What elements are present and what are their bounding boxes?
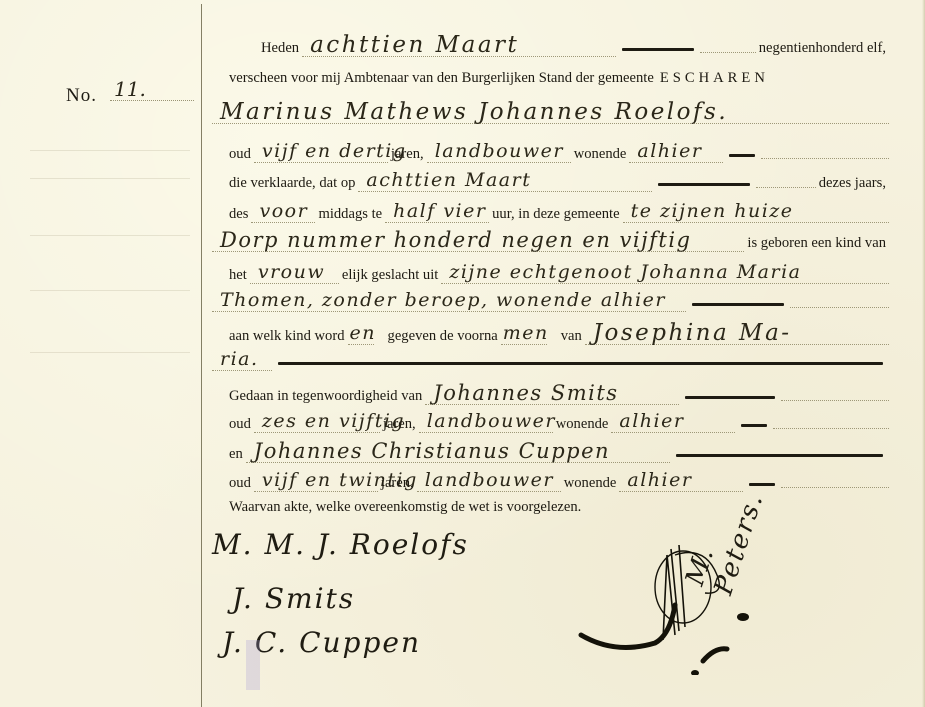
filler-dash <box>741 424 767 427</box>
printed-text: Gedaan in tegenwoordigheid van <box>226 387 425 405</box>
line-witness1-age: oud zes en vijftig jaren, landbouwer won… <box>226 410 889 433</box>
faint-show-through-line <box>30 290 190 291</box>
handwritten-age: vijf en dertig <box>254 140 388 163</box>
printed-text: des <box>226 205 251 223</box>
printed-text: middags te <box>315 205 385 223</box>
printed-text: jaren, <box>378 474 417 492</box>
handwritten-suffix: men <box>501 322 547 345</box>
printed-text: uur, in deze gemeente <box>489 205 622 223</box>
line-declarant-age: oud vijf en dertig jaren, landbouwer won… <box>226 140 889 163</box>
printed-text: oud <box>226 145 254 163</box>
filler-dash <box>278 362 883 365</box>
printed-text: oud <box>226 474 254 492</box>
handwritten-address: Dorp nummer honderd negen en vijftig <box>212 229 744 252</box>
handwritten-witness1-age: zes en vijftig <box>254 410 380 433</box>
line-child-name: aan welk kind word en gegeven de voorna … <box>226 322 889 345</box>
printed-text: is geboren een kind van <box>744 234 889 252</box>
printed-text: van <box>547 327 585 345</box>
printed-text: wonende <box>571 145 630 163</box>
filler-dash <box>692 303 784 306</box>
faint-show-through-line <box>30 150 190 151</box>
line-closing: Waarvan akte, welke overeenkomstig de we… <box>226 498 889 516</box>
filler-dash <box>685 396 775 399</box>
dotted-rule <box>781 486 889 488</box>
handwritten-witness1-name: Johannes Smits <box>425 382 679 405</box>
printed-text: aan welk kind word <box>226 327 348 345</box>
printed-text: die verklaarde, dat op <box>226 174 358 192</box>
printed-text: het <box>226 266 250 284</box>
handwritten-child-name-cont: ria. <box>212 348 272 371</box>
line-declarant-name: Marinus Mathews Johannes Roelofs. <box>212 101 889 124</box>
signature-declarant: M. M. J. Roelofs <box>212 528 469 561</box>
printed-text: oud <box>226 415 254 433</box>
handwritten-suffix: en <box>348 322 374 345</box>
handwritten-date: achttien Maart <box>302 34 616 57</box>
faint-show-through-line <box>30 352 190 353</box>
line-birth-date: die verklaarde, dat op achttien Maart de… <box>226 169 889 192</box>
line-child-name-cont: ria. <box>212 348 889 371</box>
handwritten-mother: zijne echtgenoot Johanna Maria <box>441 261 889 284</box>
signature-official: M. Peters. <box>575 535 795 675</box>
line-address: Dorp nummer honderd negen en vijftig is … <box>212 229 889 252</box>
handwritten-witness2-occupation: landbouwer <box>417 469 561 492</box>
handwritten-hour: half vier <box>385 200 489 223</box>
handwritten-mother-details: Thomen, zonder beroep, wonende alhier <box>212 289 686 312</box>
filler-dash <box>658 183 750 186</box>
printed-text: jaren, <box>388 145 427 163</box>
filler-dash <box>676 454 883 457</box>
signature-dots-icon <box>575 535 795 675</box>
printed-text: dezes jaars, <box>816 174 889 192</box>
dotted-rule <box>756 186 815 188</box>
filler-dash <box>622 48 694 51</box>
dotted-rule <box>700 51 756 53</box>
handwritten-birth-place: te zijnen huize <box>623 200 889 223</box>
printed-text: gegeven de voorna <box>374 327 501 345</box>
faint-show-through-line <box>30 178 190 179</box>
handwritten-witness2-age: vijf en twintig <box>254 469 378 492</box>
line-witness2: en Johannes Christianus Cuppen <box>226 440 889 463</box>
printed-text: elijk geslacht uit <box>339 266 441 284</box>
certificate-number-label: No. <box>66 85 97 107</box>
printed-text: negentienhonderd elf, <box>756 39 889 57</box>
handwritten-morning-afternoon: voor <box>251 200 315 223</box>
handwritten-witness1-residence: alhier <box>611 410 735 433</box>
line-witness1: Gedaan in tegenwoordigheid van Johannes … <box>226 382 889 405</box>
certificate-number-value: 11. <box>110 78 194 101</box>
signature-witness1: J. Smits <box>232 582 355 615</box>
ink-stamp-mark <box>246 640 260 690</box>
line-registrar: verscheen voor mij Ambtenaar van den Bur… <box>226 69 889 87</box>
line-date: Heden achttien Maart negentienhonderd el… <box>258 34 889 57</box>
filler-dash <box>729 154 755 157</box>
line-birth-time: des voor middags te half vier uur, in de… <box>226 200 889 223</box>
printed-text: wonende <box>553 415 612 433</box>
handwritten-occupation: landbouwer <box>427 140 571 163</box>
municipality-name: ESCHAREN <box>657 69 772 87</box>
handwritten-birth-date: achttien Maart <box>358 169 652 192</box>
handwritten-residence: alhier <box>629 140 723 163</box>
line-mother-details: Thomen, zonder beroep, wonende alhier <box>212 289 889 312</box>
printed-text: en <box>226 445 246 463</box>
dotted-rule <box>790 306 889 308</box>
faint-show-through-line <box>30 235 190 236</box>
margin-rule <box>201 4 202 707</box>
handwritten-child-name: Josephina Ma- <box>585 322 889 345</box>
printed-text: Waarvan akte, welke overeenkomstig de we… <box>226 498 584 516</box>
dotted-rule <box>781 399 889 401</box>
printed-text: jaren, <box>380 415 419 433</box>
printed-text: Heden <box>258 39 302 57</box>
handwritten-declarant-name: Marinus Mathews Johannes Roelofs. <box>212 101 889 124</box>
handwritten-sex: vrouw <box>250 261 339 284</box>
handwritten-witness2-name: Johannes Christianus Cuppen <box>246 440 670 463</box>
dotted-rule <box>773 427 889 429</box>
line-child-sex-mother: het vrouw elijk geslacht uit zijne echtg… <box>226 261 889 284</box>
printed-text: verscheen voor mij Ambtenaar van den Bur… <box>226 69 657 87</box>
printed-text: wonende <box>561 474 620 492</box>
handwritten-witness1-occupation: landbouwer <box>419 410 553 433</box>
dotted-rule <box>761 157 889 159</box>
line-witness2-age: oud vijf en twintig jaren, landbouwer wo… <box>226 469 889 492</box>
